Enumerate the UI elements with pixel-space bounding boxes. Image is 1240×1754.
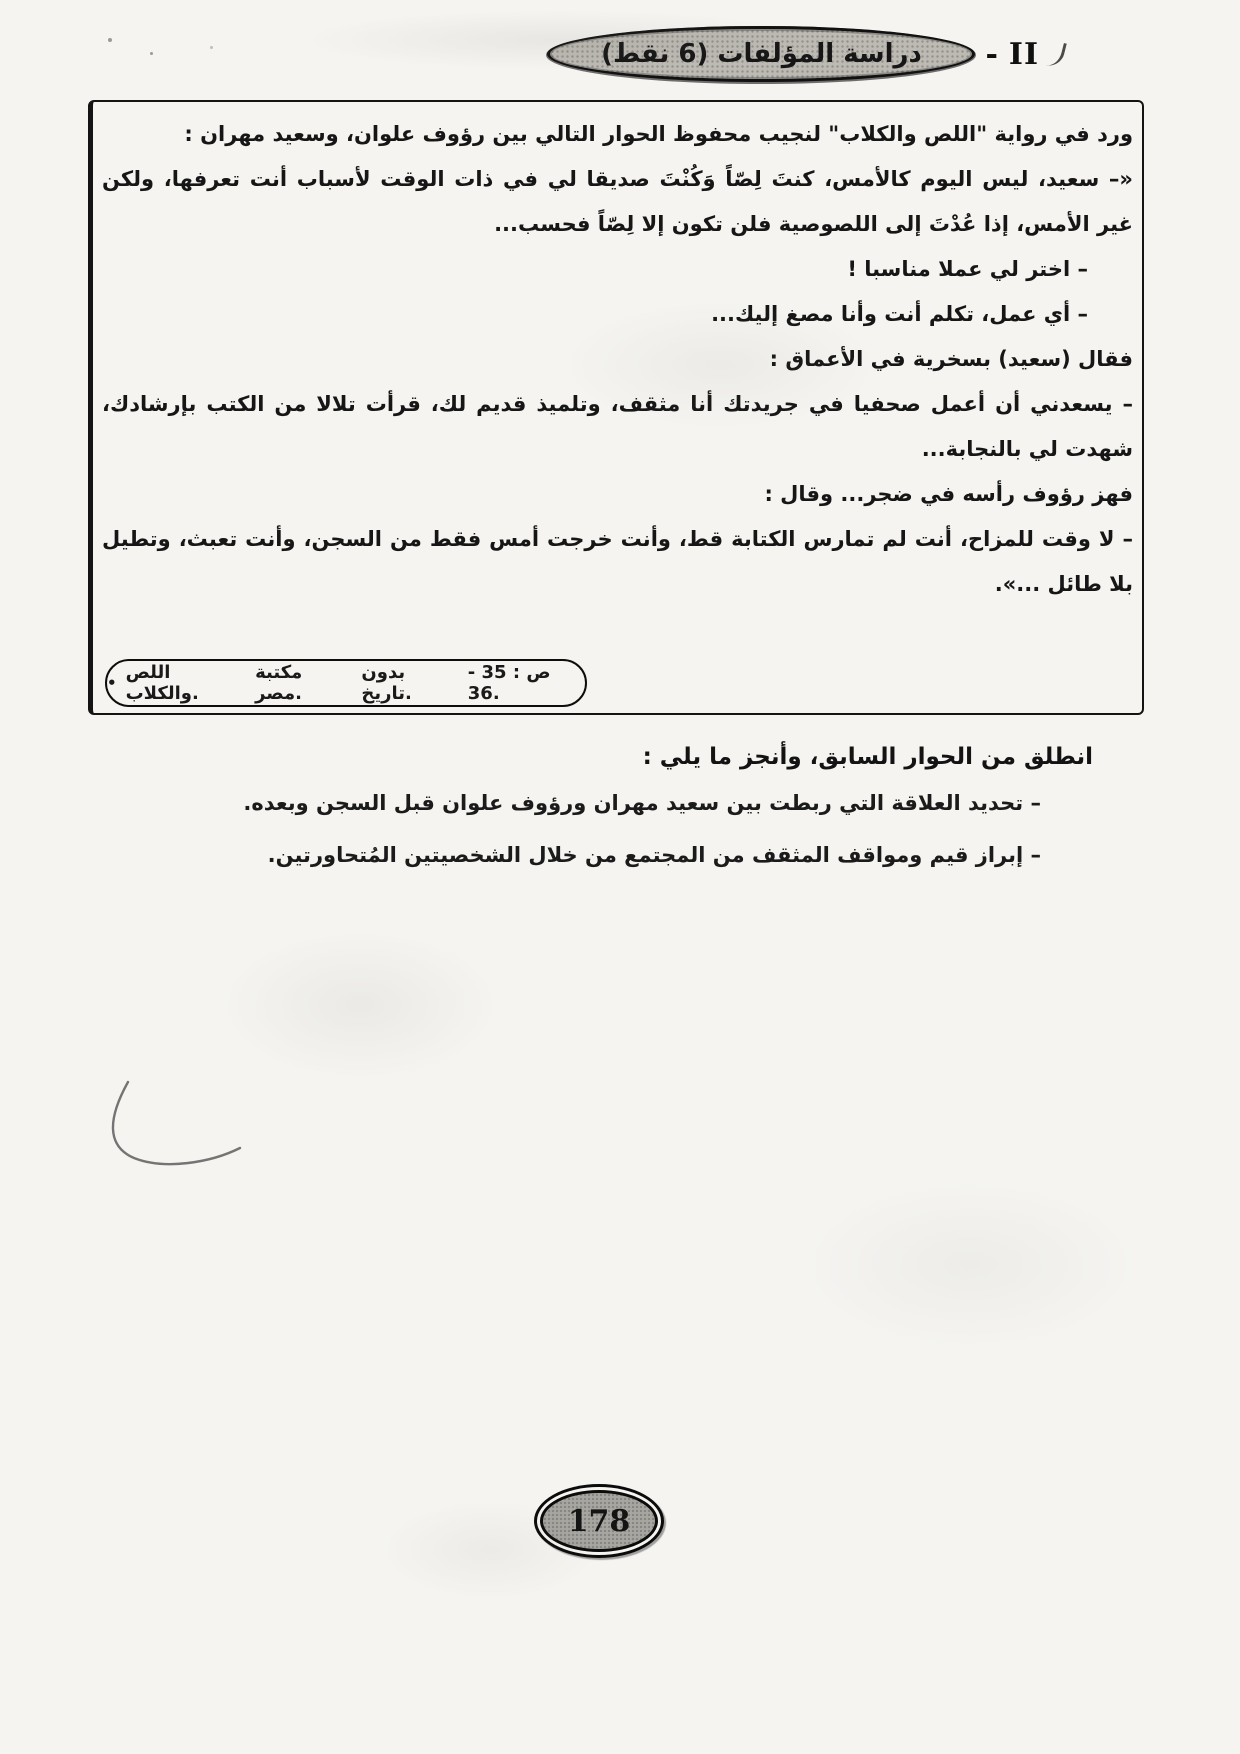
scan-speck	[210, 46, 213, 49]
scan-speck	[150, 52, 153, 55]
page-number-oval: 178	[540, 1490, 658, 1552]
passage-line: غير الأمس، إذا عُدْتَ إلى اللصوصية فلن ت…	[102, 202, 1133, 247]
bullet-icon: •	[107, 676, 117, 691]
scan-smudge	[800, 1180, 1140, 1350]
section-roman-numeral: II	[1009, 37, 1039, 72]
scan-pen-arc-artifact	[100, 1078, 250, 1173]
section-title-oval: دراسة المؤلفات (6 نقط)	[547, 26, 975, 82]
citation-pages: ص : 35 - 36.	[468, 662, 585, 704]
citation-title: اللص والكلاب.	[126, 662, 246, 704]
instructions-block: انطلق من الحوار السابق، وأنجز ما يلي : –…	[143, 737, 1093, 881]
passage-line-intro: ورد في رواية "اللص والكلاب" لنجيب محفوظ …	[102, 112, 1133, 157]
scan-speck	[108, 38, 112, 42]
passage-line: – أي عمل، تكلم أنت وأنا مصغ إليك...	[102, 292, 1133, 337]
passage-line: – اختر لي عملا مناسبا !	[102, 247, 1133, 292]
section-dash: -	[985, 37, 998, 72]
page-number: 178	[568, 1504, 631, 1539]
citation-publisher: مكتبة مصر.	[255, 662, 352, 704]
section-header: دراسة المؤلفات (6 نقط) - II	[547, 26, 1064, 82]
passage-line: بلا طائل ...».	[102, 562, 1133, 607]
citation-pill: • اللص والكلاب. مكتبة مصر. بدون تاريخ. ص…	[105, 659, 587, 707]
scanned-textbook-page: دراسة المؤلفات (6 نقط) - II ورد في رواية…	[0, 0, 1240, 1754]
flourish-decoration	[1042, 39, 1067, 69]
passage-line: شهدت لي بالنجابة...	[102, 427, 1133, 472]
passage-line: «– سعيد، ليس اليوم كالأمس، كنتَ لِصّاً و…	[102, 157, 1133, 202]
passage-box: ورد في رواية "اللص والكلاب" لنجيب محفوظ …	[88, 100, 1144, 715]
instruction-item: – تحديد العلاقة التي ربطت بين سعيد مهران…	[143, 777, 1093, 829]
citation-date: بدون تاريخ.	[361, 662, 458, 704]
instruction-item: – إبراز قيم ومواقف المثقف من المجتمع من …	[143, 829, 1093, 881]
passage-line: – لا وقت للمزاح، أنت لم تمارس الكتابة قط…	[102, 517, 1133, 562]
scan-smudge	[220, 930, 500, 1080]
passage-line: فقال (سعيد) بسخرية في الأعماق :	[102, 337, 1133, 382]
section-title: دراسة المؤلفات (6 نقط)	[601, 39, 922, 69]
passage-line: فهز رؤوف رأسه في ضجر... وقال :	[102, 472, 1133, 517]
instructions-heading: انطلق من الحوار السابق، وأنجز ما يلي :	[143, 737, 1093, 777]
passage-line: – يسعدني أن أعمل صحفيا في جريدتك أنا مثق…	[102, 382, 1133, 427]
